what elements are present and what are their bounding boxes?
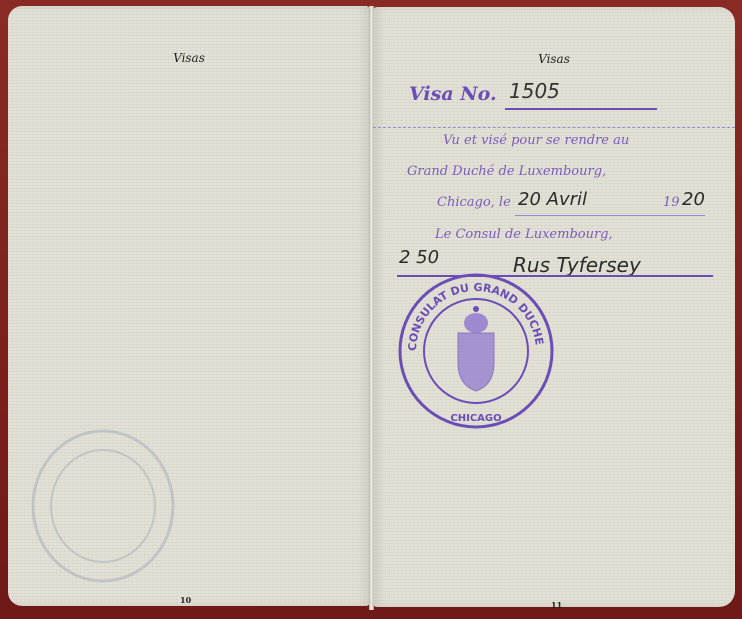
right-page-number: 11 bbox=[551, 600, 562, 610]
visa-number-underline bbox=[505, 108, 657, 110]
visa-number-label: Visa No. bbox=[409, 83, 497, 105]
dashed-rule bbox=[373, 127, 735, 129]
left-page-title: Visas bbox=[8, 51, 370, 65]
consulate-stamp-icon: CONSULAT DU GRAND DUCHE DE LUXEMBOURG CH… bbox=[396, 271, 556, 431]
left-page-number: 10 bbox=[180, 595, 191, 605]
visa-text-line-4: Le Consul de Luxembourg, bbox=[435, 227, 613, 242]
visa-text-line-1: Vu et visé pour se rendre au bbox=[443, 133, 629, 148]
date-underline bbox=[515, 215, 705, 216]
handwritten-date: 20 Avril bbox=[518, 189, 587, 210]
left-page: Visas 10 bbox=[8, 6, 370, 606]
right-page-title: Visas bbox=[373, 52, 735, 66]
handwritten-year: 20 bbox=[682, 189, 705, 210]
right-page: Visas Visa No. 1505 Vu et visé pour se r… bbox=[373, 7, 735, 607]
visa-number-value: 1505 bbox=[509, 79, 560, 103]
visa-text-line-3: Chicago, le bbox=[437, 195, 511, 210]
faded-stamp-ghost-icon bbox=[28, 426, 178, 586]
visa-text-line-2: Grand Duché de Luxembourg, bbox=[407, 164, 606, 179]
svg-text:CHICAGO: CHICAGO bbox=[450, 413, 501, 424]
handwritten-fee: 2 50 bbox=[399, 247, 439, 268]
year-prefix: 19 bbox=[663, 195, 680, 210]
